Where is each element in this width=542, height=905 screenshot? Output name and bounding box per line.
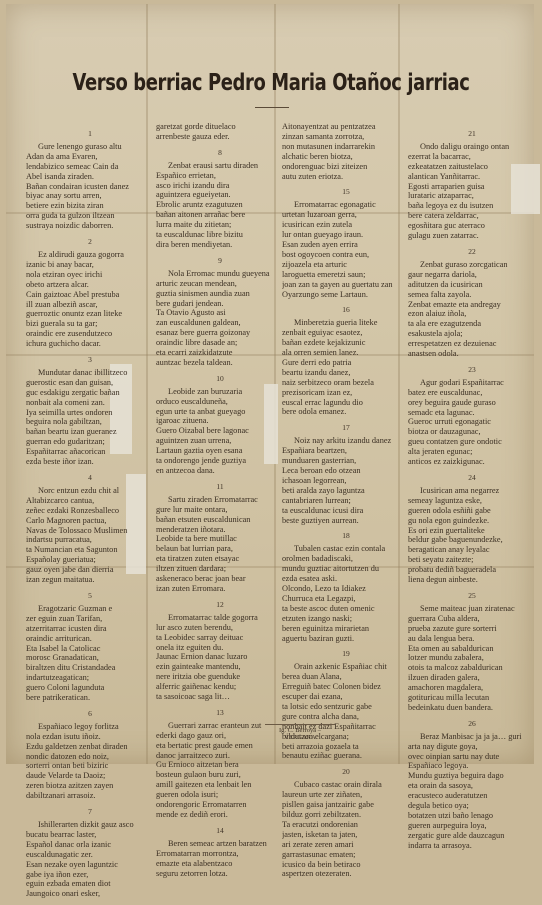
verse-line: Jaunac Ernion danac luzaro	[156, 652, 284, 662]
verse-line: joan zan ta gayen au guertatu zan	[282, 280, 410, 290]
verse-line: Bañan condairan icusten danez	[26, 182, 154, 192]
verse-line: baña legoya ez du isutzen	[408, 201, 536, 211]
verse-line: prezisoricam izan ez,	[282, 388, 410, 398]
verse-line: bañan aitonen arrañac bere	[156, 210, 284, 220]
verse-line: Ondo daligu oraingo ontan	[408, 142, 536, 152]
text-column-2: garetzat gorde dituelacoarrenbeste gauza…	[156, 122, 284, 768]
verse-line: biyac anay sortu arren,	[26, 191, 154, 201]
verse-line: Altabizcarco cantua,	[26, 496, 154, 506]
verse-line: ichasoan legorrean,	[282, 476, 410, 486]
verse-line: Aitonayentzat au pentzatzea	[282, 122, 410, 132]
verse-line: Icusirican ama negarrez	[408, 486, 536, 496]
verse-line: iltzen zituen dardara;	[156, 564, 284, 574]
verse-line: esanaz bere guerra goizonay	[156, 328, 284, 338]
verse-line: Eta omen au sabaldurican	[408, 644, 536, 654]
verse-line: alantican Yanñitarrac.	[408, 172, 536, 182]
verse-line: eta tiratzen zuten etsayac	[156, 554, 284, 564]
stanza: 15Erromatarrac egonagaticurtetan luzaroa…	[282, 187, 410, 299]
stanza-number: 12	[156, 600, 284, 610]
verse-line: gueren odola esñiñi gabe	[408, 506, 536, 516]
verse-line: Zenbat emazte eta andregay	[408, 300, 536, 310]
verse-line: Gure derri edo patria	[282, 358, 410, 368]
verse-line: cantabriaren lurrean;	[282, 496, 410, 506]
verse-line: biraltzen ditu Cristandadea	[26, 663, 154, 673]
verse-line: arturic zeucan mendean,	[156, 279, 284, 289]
verse-line: orolmen badadiscaki,	[282, 554, 410, 564]
verse-line: ill zuan albeziñ ascar,	[26, 300, 154, 310]
verse-line: Norc entzun ezdu chit al	[26, 486, 154, 496]
verse-line: zijoazela eta arturic	[282, 260, 410, 270]
verse-line: Zenbat guraso zorcgatican	[408, 260, 536, 270]
verse-line: Beraz Manbisac ja ja ja… guri	[408, 732, 536, 742]
verse-line: ta Numancian eta Sagunton	[26, 545, 154, 555]
verse-line: ezda beste iñor izan.	[26, 457, 154, 467]
verse-line: semeay laguntza eske,	[408, 496, 536, 506]
verse-line: guerrara Cuba aldera,	[408, 614, 536, 624]
verse-line: izanic bi anay bacar,	[26, 260, 154, 270]
verse-line: guc esdakigu zergatic bañan	[26, 388, 154, 398]
verse-line: Minberetzia gueria liteke	[282, 318, 410, 328]
stanza: 10Leobide zan buruzariaorduco euscaldune…	[156, 374, 284, 476]
verse-line: askeneraco berac joan bear	[156, 574, 284, 584]
verse-line: anastsen odola.	[408, 349, 536, 359]
verse-line: Guero Oizabal bere lagonac	[156, 426, 284, 436]
verse-line: danoc jarraitzeco zuri.	[156, 751, 284, 761]
verse-line: otois ta malcoz zabaldurican	[408, 663, 536, 673]
verse-line: gaur negarra dariola,	[408, 270, 536, 280]
verse-line: morosc Granadatican,	[26, 653, 154, 663]
verse-line: ta beste ascoc duten omenic	[282, 604, 410, 614]
stanza: 26Beraz Manbisac ja ja ja… guriarta nay …	[408, 719, 536, 768]
verse-line: gure lur maite ontara,	[156, 505, 284, 515]
verse-line: zer eguin zuan Tarifan,	[26, 614, 154, 624]
verse-line: guerostic esan dan guisan,	[26, 378, 154, 388]
stanza: 18Tubalen castac ezin contalaorolmen bad…	[282, 531, 410, 643]
verse-line: dira beren mendiyetan.	[156, 240, 284, 250]
verse-line: naiz serbitzeco oram bezela	[282, 378, 410, 388]
stanza: 2Ez aldirudi gauza gogorraizanic bi anay…	[26, 237, 154, 349]
verse-line: liena degun ainbeste.	[408, 575, 536, 585]
verse-line: Eta Isabel la Catolicac	[26, 644, 154, 654]
verse-line: Es ori ezin guertaliteke	[408, 526, 536, 536]
verse-line: beartu izandu danez,	[282, 368, 410, 378]
verse-line: Españico errietan,	[156, 171, 284, 181]
verse-line: bañan etsuten euscaldunican	[156, 515, 284, 525]
stanza: 5Eragotzaric Guzman ezer eguin zuan Tari…	[26, 591, 154, 703]
verse-line: batez ere euscaldunac,	[408, 388, 536, 398]
verse-line: ala orren semien lanez.	[282, 348, 410, 358]
stanza-number: 18	[282, 531, 410, 541]
verse-line: guero Coloni lagunduta	[26, 683, 154, 693]
stanza-number: 13	[156, 708, 284, 718]
verse-line: beren eguinitza mirarietan	[282, 624, 410, 634]
verse-line: ezkeatatzen zaitustelaco	[408, 162, 536, 172]
verse-line: Olcondo, Lezo ta Idiakez	[282, 584, 410, 594]
verse-line: escuper dai ezana,	[282, 692, 410, 702]
verse-line: oraindic libre dasade an;	[156, 338, 284, 348]
verse-line: au dala lengua bera.	[408, 634, 536, 644]
verse-line: Ezdu galdetzen zenbat diraden	[26, 742, 154, 752]
stanza-number: 10	[156, 374, 284, 384]
verse-line: gu nola egon guindezke.	[408, 516, 536, 526]
verse-line: autu zuten eriotza.	[282, 172, 410, 182]
stanza: 11Sartu ziraden Erromatarracgure lur mai…	[156, 482, 284, 594]
verse-line: guerran edo gudaritzan;	[26, 437, 154, 447]
verse-line: bañan ezdete kejakizunic	[282, 338, 410, 348]
stanza: 6Españiaco legoy forlitzanola ezdan isut…	[26, 709, 154, 768]
verse-line: menderatzen iñotara.	[156, 525, 284, 535]
verse-line: beti arrazoia gozaela ta	[282, 742, 410, 752]
stanza-number: 3	[26, 355, 154, 365]
verse-line: Leobide ta bere mutillac	[156, 534, 284, 544]
stanza: 16Minberetzia gueria litekezenbait eguiy…	[282, 305, 410, 417]
verse-line: en antzecoa dana.	[156, 466, 284, 476]
verse-line: nonbait ala comeni zan.	[26, 398, 154, 408]
verse-line: nola etziran oyec irichi	[26, 270, 154, 280]
verse-line: gotituricau milla lecutan	[408, 693, 536, 703]
verse-line: Navas de Tolossaco Muslimen	[26, 526, 154, 536]
verse-line: bere gudari jendean.	[156, 299, 284, 309]
verse-line: bere patrikeratican.	[26, 693, 154, 703]
verse-line: lurra maite du zitietan;	[156, 220, 284, 230]
stanza-number: 11	[156, 482, 284, 492]
verse-line: anticos ez zaizkigunac.	[408, 457, 536, 467]
verse-line: egun urte ta anbat gueyago	[156, 407, 284, 417]
verse-line: nola ezdan isutu iñoiz.	[26, 732, 154, 742]
stanza: 12Erromatarrac talde gogorralur asco zut…	[156, 600, 284, 702]
verse-line: sorterri ontan beti biziric	[26, 761, 154, 768]
text-column-1: 1Gure lenengo guraso altuAdan da ama Eva…	[26, 126, 154, 768]
verse-line: bere catera zeldarrac,	[408, 211, 536, 221]
verse-line: etzuten izango naski;	[282, 614, 410, 624]
verse-line: alta jeraten egunac;	[408, 447, 536, 457]
verse-line: gauz oyen jabe dan dierria	[26, 565, 154, 575]
verse-line: izan zuten Erromara.	[156, 584, 284, 594]
verse-line: Ebrolic aruntz ezagutuzen	[156, 200, 284, 210]
stanza-number: 19	[282, 649, 410, 659]
verse-line: guerroztic onuntz ezan liteke	[26, 309, 154, 319]
verse-line: Abel isanda ziraden.	[26, 172, 154, 182]
verse-line: Egosti arraparien guisa	[408, 182, 536, 192]
verse-line: arta nay digute goya,	[408, 742, 536, 752]
stanza: 25Seme maiteac juan ziratenacguerrara Cu…	[408, 591, 536, 713]
verse-line: beguira nola gabiltzan,	[26, 417, 154, 427]
stanza-number: 4	[26, 473, 154, 483]
verse-line: ilzuen diraden galera,	[408, 673, 536, 683]
verse-line: auntzac bezela taldean.	[156, 358, 284, 368]
verse-line: alchatic beren biotza,	[282, 152, 410, 162]
verse-line: gueu contatzen gure ondotic	[408, 437, 536, 447]
verse-line: Churruca eta Legazpi,	[282, 594, 410, 604]
verse-line: atzerritarrac icusten dira	[26, 624, 154, 634]
verse-line: bere odola emanez.	[282, 407, 410, 417]
text-column-3: Aitonayentzat au pentzatzeazinzan samant…	[282, 122, 410, 768]
verse-line: aguintzen zuan urrena,	[156, 436, 284, 446]
verse-line: bost ogoycoen contra eun,	[282, 250, 410, 260]
verse-line: ichura guchicho dacar.	[26, 339, 154, 349]
stanza-number: 6	[26, 709, 154, 719]
verse-line: berea duan Alana,	[282, 672, 410, 682]
verse-line: Lartaun gaztia oyen esana	[156, 446, 284, 456]
verse-line: lur ontan gueyago iraun.	[282, 230, 410, 240]
verse-line: amachoren magdalera,	[408, 683, 536, 693]
verse-line: ta ala ere ezagutzenda	[408, 319, 536, 329]
stanza-number: 5	[26, 591, 154, 601]
verse-line: sustraya noizdic daborren.	[26, 221, 154, 231]
page-title: Verso berriac Pedro Maria Otañoc jarriac	[60, 70, 483, 96]
title-rule	[255, 107, 289, 108]
verse-line: esakustela ajola;	[408, 329, 536, 339]
verse-line: nondic datozen edo noiz,	[26, 752, 154, 762]
verse-line: Gu Ernioco aitzetan bera	[156, 760, 284, 768]
verse-line: ta euscaldunac icusi dira	[282, 506, 410, 516]
verse-line: Nola Erromac mundu gueyena	[156, 269, 284, 279]
verse-line: aditutzen da icusirican	[408, 280, 536, 290]
verse-line: asco irichi izandu dira	[156, 181, 284, 191]
verse-line: onela itz eguiten du.	[156, 643, 284, 653]
verse-line: orey beguira gaude guraso	[408, 398, 536, 408]
stanza: 24Icusirican ama negarrezsemeay laguntza…	[408, 473, 536, 585]
verse-line: Cain gaiztoac Abel prestuba	[26, 290, 154, 300]
stanza-number: 16	[282, 305, 410, 315]
stanza-number: 21	[408, 129, 536, 139]
verse-line: Españiara beartzen,	[282, 446, 410, 456]
verse-line: ovec oinpian sartu nay dute	[408, 752, 536, 762]
verse-line: alferric gaiñenac kendu;	[156, 682, 284, 692]
verse-line: Erreguiñ batec Colonen bidez	[282, 682, 410, 692]
verse-line: oraindic ere zusendutzeco	[26, 329, 154, 339]
verse-line: aguertu baziran guzti.	[282, 634, 410, 644]
verse-line: Iya seimilla urtes ondoren	[26, 408, 154, 418]
verse-line: ta sasoicoac saga lit…	[156, 692, 284, 702]
verse-line: ezerrat la bacarrac,	[408, 152, 536, 162]
verse-line: oraindic arriturican.	[26, 634, 154, 644]
verse-line: guztia sinismen aundia zuan	[156, 289, 284, 299]
verse-line: eta bertatic prest gaude emen	[156, 741, 284, 751]
verse-line: orra guda ta gulzon iltzean	[26, 211, 154, 221]
verse-line: nere iritzia obe guenduke	[156, 672, 284, 682]
verse-line: Españitarrac añacorican	[26, 447, 154, 457]
verse-line: semadc eta lagunac.	[408, 408, 536, 418]
verse-line: bedeinkatu duen bandera.	[408, 703, 536, 713]
stanza-number: 8	[156, 148, 284, 158]
verse-line: Orain azkenic Españiac chit	[282, 662, 410, 672]
verse-line: Sartu ziraden Erromatarrac	[156, 495, 284, 505]
verse-line: non mutasunen indarrarekin	[282, 142, 410, 152]
verse-line: probatu dediñ bagueradela	[408, 565, 536, 575]
stanza: 9Nola Erromac mundu gueyenaarturic zeuca…	[156, 256, 284, 368]
verse-line: Leobide zan buruzaria	[156, 387, 284, 397]
verse-line: ta lotsic edo sentzuric gabe	[282, 702, 410, 712]
stanza: 1Gure lenengo guraso altuAdan da ama Eva…	[26, 129, 154, 231]
verse-line: bañan beartu izan gueranez	[26, 427, 154, 437]
verse-line: belaun bat lurrian para,	[156, 544, 284, 554]
verse-line: Españolay gueriatua;	[26, 555, 154, 565]
verse-line: lur asco zuten berendu,	[156, 623, 284, 633]
verse-line: prueba zazute gure sorterri	[408, 624, 536, 634]
verse-line: icusirican ezin zutela	[282, 220, 410, 230]
verse-line: beti seyatu zaitezte;	[408, 555, 536, 565]
verse-line: zan euscaldunen galdean,	[156, 318, 284, 328]
verse-line: ondorenguac bizi ziteizen	[282, 162, 410, 172]
verse-line: urtetan luzaroan gerra,	[282, 210, 410, 220]
stanza-number: 17	[282, 423, 410, 433]
stanza: 17Noiz nay arkitu izandu danezEspañiara …	[282, 423, 410, 525]
verse-line: lotzer mundu zabalera,	[408, 653, 536, 663]
verse-line: lendabizico semeac Cain da	[26, 162, 154, 172]
stanza-number: 23	[408, 365, 536, 375]
verse-line: munduaren gasterrian,	[282, 456, 410, 466]
verse-line: bizi guerala su ta gar;	[26, 319, 154, 329]
verse-line: beldur gabe baguenundezke,	[408, 535, 536, 545]
verse-line: mundu guztiac aitortutzen du	[282, 564, 410, 574]
verse-line: arrenbeste gauza eder.	[156, 132, 284, 142]
verse-line: euscal errac lagundu dio	[282, 398, 410, 408]
stanza-number: 25	[408, 591, 536, 601]
stanza-number: 24	[408, 473, 536, 483]
verse-line: Erromatarrac egonagatic	[282, 200, 410, 210]
verse-line: indartsu purracatua,	[26, 535, 154, 545]
stanza-number: 26	[408, 719, 536, 729]
stanza: 22Zenbat guraso zorcgaticangaur negarra …	[408, 247, 536, 359]
verse-line: ezin gainteake mantendu,	[156, 662, 284, 672]
verse-line: zeñec ezdaki Ronzesballeco	[26, 506, 154, 516]
verse-line: Leca beroan edo otzean	[282, 466, 410, 476]
stanza: 8Zenbat erausi sartu diradenEspañico err…	[156, 148, 284, 250]
verse-line: Españiaco legoy forlitza	[26, 722, 154, 732]
verse-line: igaroac zituena.	[156, 416, 284, 426]
verse-line: Gure lenengo guraso altu	[26, 142, 154, 152]
stanza: garetzat gorde dituelacoarrenbeste gauza…	[156, 122, 284, 142]
stanza: 21Ondo daligu oraingo ontanezerrat la ba…	[408, 129, 536, 241]
verse-line: gure contra alcha dana,	[282, 712, 410, 722]
verse-line: Mundutar danac ibillitzeco	[26, 368, 154, 378]
verse-line: garetzat gorde dituelaco	[156, 122, 284, 132]
verse-line: Gueroc urruti egonagatic	[408, 417, 536, 427]
verse-line: ta ondorengo jende guztiya	[156, 456, 284, 466]
verse-line: biotza or dauzagunac,	[408, 427, 536, 437]
verse-line: Oyarzungo seme Lartaun.	[282, 290, 410, 300]
verse-line: betiere ezin bizita ziran	[26, 201, 154, 211]
verse-line: Carlo Magnoren pactua,	[26, 516, 154, 526]
stanza-number: 15	[282, 187, 410, 197]
verse-line: lurataric atzaparrac,	[408, 191, 536, 201]
verse-line: Ez aldirudi gauza gogorra	[26, 250, 154, 260]
text-column-4: 21Ondo daligu oraingo ontanezerrat la ba…	[408, 126, 536, 768]
verse-line: orduco euscalduneña,	[156, 397, 284, 407]
verse-line: beste guztiyen aurrean.	[282, 516, 410, 526]
verse-line: Esan zuden ayen errira	[282, 240, 410, 250]
stanza: Aitonayentzat au pentzatzeazinzan samant…	[282, 122, 410, 181]
verse-line: semea falta zayola.	[408, 290, 536, 300]
verse-line: Agur godari Españitarrac	[408, 378, 536, 388]
verse-line: zenbait eguiyac esaotez,	[282, 328, 410, 338]
verse-line: Seme maiteac juan ziratenac	[408, 604, 536, 614]
verse-line: Zenbat erausi sartu diraden	[156, 161, 284, 171]
stanza-number: 9	[156, 256, 284, 266]
stanza-number: 22	[408, 247, 536, 257]
verse-line: izan zegun maitatua.	[26, 575, 154, 585]
stanza: 19Orain azkenic Españiac chitberea duan …	[282, 649, 410, 761]
stanza-number: 2	[26, 237, 154, 247]
verse-line: Erromatarrac talde gogorra	[156, 613, 284, 623]
verse-line: zinzan samanta zorrotza,	[282, 132, 410, 142]
verse-line: ezda esatea aski.	[282, 574, 410, 584]
stanza: 3Mundutar danac ibillitzecoguerostic esa…	[26, 355, 154, 467]
stanza-number: 1	[26, 129, 154, 139]
verse-line: obeto artzera alcar.	[26, 280, 154, 290]
verse-line: aguintzera egueiyetan.	[156, 190, 284, 200]
verse-line: laroguetta emeretzi saun;	[282, 270, 410, 280]
verse-line: gulagu zuen zatarrac.	[408, 231, 536, 241]
verse-line: ezon alaiuz iñola,	[408, 309, 536, 319]
verse-line: benautu eziñac guerana.	[282, 751, 410, 761]
verse-line: Eragotzaric Guzman e	[26, 604, 154, 614]
verse-line: errespetatzen ez dezuienac	[408, 339, 536, 349]
verse-line: Adan da ama Evaren,	[26, 152, 154, 162]
verse-line: beti aralda zayo laguntza	[282, 486, 410, 496]
verse-line: Españiaco legoya.	[408, 761, 536, 768]
printer-imprint: Ig. C. Berroya – VERGARA	[265, 724, 335, 741]
verse-line: egosñitara guc aterraco	[408, 221, 536, 231]
verse-line: Noiz nay arkitu izandu danez	[282, 436, 410, 446]
verse-line: Ta Otavio Agusto asi	[156, 308, 284, 318]
verse-line: eta ecarri zaizkidatzute	[156, 348, 284, 358]
stanza: 4Norc entzun ezdu chit alAltabizcarco ca…	[26, 473, 154, 585]
verse-line: ta euscaldunac libre bizitu	[156, 230, 284, 240]
verse-line: indartutzeagatican;	[26, 673, 154, 683]
verse-line: ta Leobidec sarray deituac	[156, 633, 284, 643]
verse-line: Tubalen castac ezin contala	[282, 544, 410, 554]
verse-line: beragatican anay leyalac	[408, 545, 536, 555]
stanza: 23Agur godari Españitarracbatez ere eusc…	[408, 365, 536, 467]
